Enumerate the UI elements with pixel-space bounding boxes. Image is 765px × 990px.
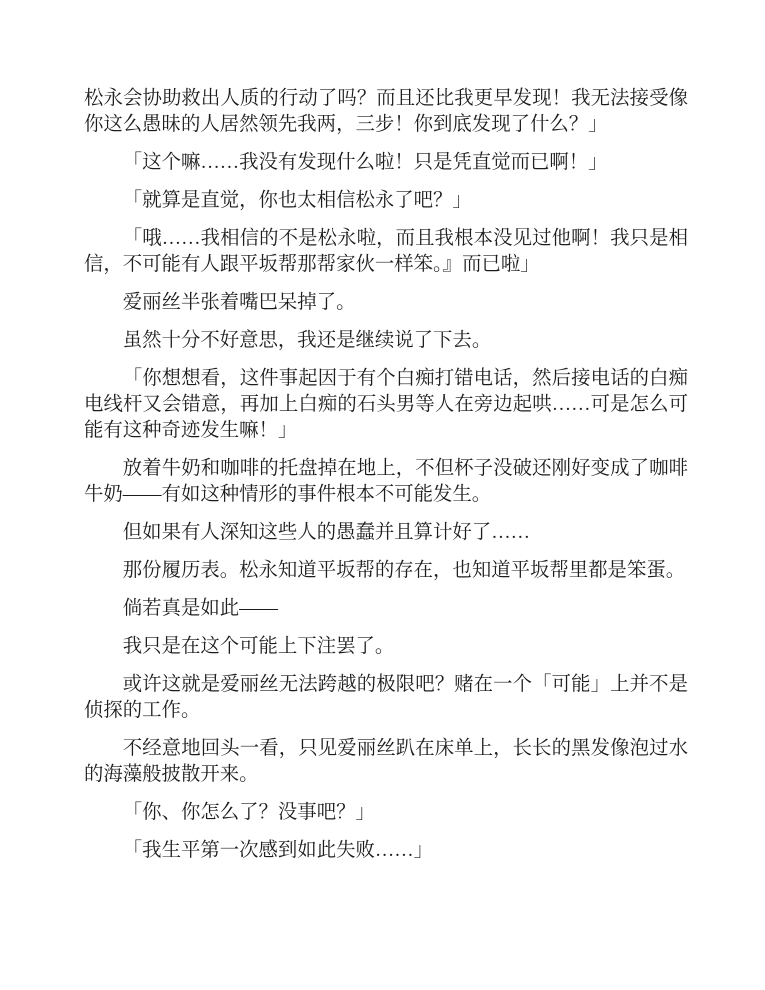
paragraph: 「你、你怎么了？没事吧？」 (84, 800, 688, 826)
paragraph: 我只是在这个可能上下注罢了。 (84, 634, 688, 660)
novel-page: 松永会协助救出人质的行动了吗？而且还比我更早发现！我无法接受像你这么愚昧的人居然… (84, 86, 688, 876)
paragraph: 「你想想看，这件事起因于有个白痴打错电话，然后接电话的白痴电线杆又会错意，再加上… (84, 366, 688, 444)
paragraph: 「哦……我相信的不是松永啦，而且我根本没见过他啊！我只是相信，不可能有人跟平坂帮… (84, 226, 688, 278)
paragraph: 「就算是直觉，你也太相信松永了吧？」 (84, 188, 688, 214)
paragraph: 放着牛奶和咖啡的托盘掉在地上，不但杯子没破还刚好变成了咖啡牛奶——有如这种情形的… (84, 456, 688, 508)
paragraph: 爱丽丝半张着嘴巴呆掉了。 (84, 290, 688, 316)
paragraph: 那份履历表。松永知道平坂帮的存在，也知道平坂帮里都是笨蛋。 (84, 558, 688, 584)
paragraph: 「这个嘛……我没有发现什么啦！只是凭直觉而已啊！」 (84, 150, 688, 176)
paragraph: 「我生平第一次感到如此失败……」 (84, 838, 688, 864)
paragraph: 虽然十分不好意思，我还是继续说了下去。 (84, 328, 688, 354)
paragraph: 倘若真是如此—— (84, 596, 688, 622)
paragraph: 或许这就是爱丽丝无法跨越的极限吧？赌在一个「可能」上并不是侦探的工作。 (84, 672, 688, 724)
paragraph: 但如果有人深知这些人的愚蠢并且算计好了…… (84, 520, 688, 546)
paragraph: 不经意地回头一看，只见爱丽丝趴在床单上，长长的黑发像泡过水的海藻般披散开来。 (84, 736, 688, 788)
paragraph: 松永会协助救出人质的行动了吗？而且还比我更早发现！我无法接受像你这么愚昧的人居然… (84, 86, 688, 138)
